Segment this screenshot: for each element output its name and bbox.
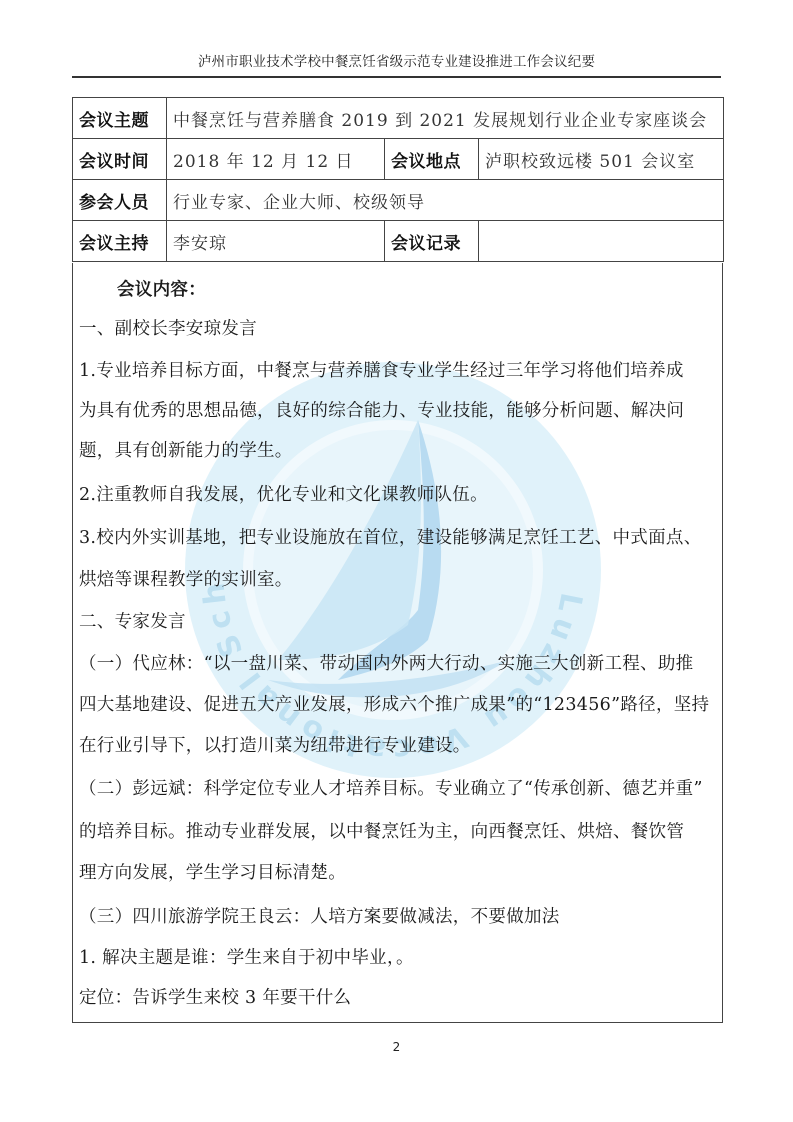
content-line: 二、专家发言 [79,611,714,633]
header-rule-divider [72,76,721,78]
content-line: 在行业引导下，以打造川菜为纽带进行专业建设。 [79,735,714,757]
topic-value: 中餐烹饪与营养膳食 2019 到 2021 发展规划行业企业专家座谈会 [167,98,724,139]
meeting-content-section: 会议内容： 一、副校长李安琼发言 1.专业培养目标方面，中餐烹与营养膳食专业学生… [72,263,723,1023]
location-value: 泸职校致远楼 501 会议室 [479,139,724,180]
content-line: 理方向发展，学生学习目标清楚。 [79,862,714,884]
content-line: （三）四川旅游学院王良云：人培方案要做减法，不要做加法 [79,906,714,928]
content-line: 为具有优秀的思想品德，良好的综合能力、专业技能，能够分析问题、解决问 [79,400,714,422]
content-line: 一、副校长李安琼发言 [79,318,714,340]
host-value: 李安琼 [167,221,385,262]
location-label: 会议地点 [385,139,479,180]
content-line: 定位：告诉学生来校 3 年要干什么 [79,987,714,1009]
time-label: 会议时间 [73,139,167,180]
table-row-time-location: 会议时间 2018 年 12 月 12 日 会议地点 泸职校致远楼 501 会议… [73,139,724,180]
content-line: 烘焙等课程教学的实训室。 [79,569,714,591]
table-row-host-recorder: 会议主持 李安琼 会议记录 [73,221,724,262]
content-line: 题，具有创新能力的学生。 [79,440,714,462]
content-line: 3.校内外实训基地，把专业设施放在首位，建设能够满足烹饪工艺、中式面点、 [79,527,714,549]
document-running-header: 泸州市职业技术学校中餐烹饪省级示范专业建设推进工作会议纪要 [72,50,721,70]
table-row-attendees: 参会人员 行业专家、企业大师、校级领导 [73,180,724,221]
content-line: 的培养目标。推动专业群发展，以中餐烹饪为主，向西餐烹饪、烘焙、餐饮管 [79,821,714,843]
table-row-topic: 会议主题 中餐烹饪与营养膳食 2019 到 2021 发展规划行业企业专家座谈会 [73,98,724,139]
recorder-label: 会议记录 [385,221,479,262]
topic-label: 会议主题 [73,98,167,139]
recorder-value [479,221,724,262]
content-heading: 会议内容： [117,279,714,301]
page-number: 2 [0,1040,793,1054]
content-line: 1. 解决主题是谁：学生来自于初中毕业，。 [79,947,714,969]
attendees-value: 行业专家、企业大师、校级领导 [167,180,724,221]
content-line: 1.专业培养目标方面，中餐烹与营养膳食专业学生经过三年学习将他们培养成 [79,360,714,382]
content-line: （一）代应林：“以一盘川菜、带动国内外两大行动、实施三大创新工程、助推 [79,653,714,675]
meeting-info-table: 会议主题 中餐烹饪与营养膳食 2019 到 2021 发展规划行业企业专家座谈会… [72,97,724,262]
content-line: 2.注重教师自我发展，优化专业和文化课教师队伍。 [79,484,714,506]
attendees-label: 参会人员 [73,180,167,221]
time-value: 2018 年 12 月 12 日 [167,139,385,180]
host-label: 会议主持 [73,221,167,262]
content-line: （二）彭远斌：科学定位专业人才培养目标。专业确立了“传承创新、德艺并重” [79,778,714,800]
content-line: 四大基地建设、促进五大产业发展，形成六个推广成果”的“123456”路径，坚持 [79,694,714,716]
